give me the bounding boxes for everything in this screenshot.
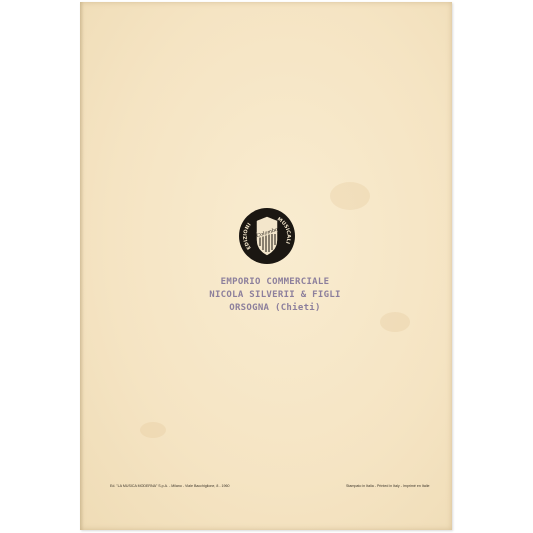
paper-stain [140, 422, 166, 438]
dealer-stamp: EMPORIO COMMERCIALE NICOLA SILVERII & FI… [180, 276, 370, 315]
publisher-imprint: Ed. "LA MUSICA MODERNA" S.p.A. - Milano … [110, 484, 230, 488]
paper-stain [330, 182, 370, 210]
publisher-logo: Colombo EDIZIONI MUSICALI [239, 208, 295, 264]
printed-in-notice: Stampato in Italia - Printed in Italy - … [346, 484, 430, 488]
svg-text:EDIZIONI: EDIZIONI [243, 222, 253, 250]
paper-stain [380, 312, 410, 332]
shield-emblem-icon: Colombo EDIZIONI MUSICALI [239, 208, 295, 264]
paper-sheet: Colombo EDIZIONI MUSICALI EMPORIO COMMER… [80, 2, 452, 530]
stamp-line-2: NICOLA SILVERII & FIGLI [180, 289, 370, 302]
stamp-line-1: EMPORIO COMMERCIALE [180, 276, 370, 289]
stamp-line-3: ORSOGNA (Chieti) [180, 302, 370, 315]
